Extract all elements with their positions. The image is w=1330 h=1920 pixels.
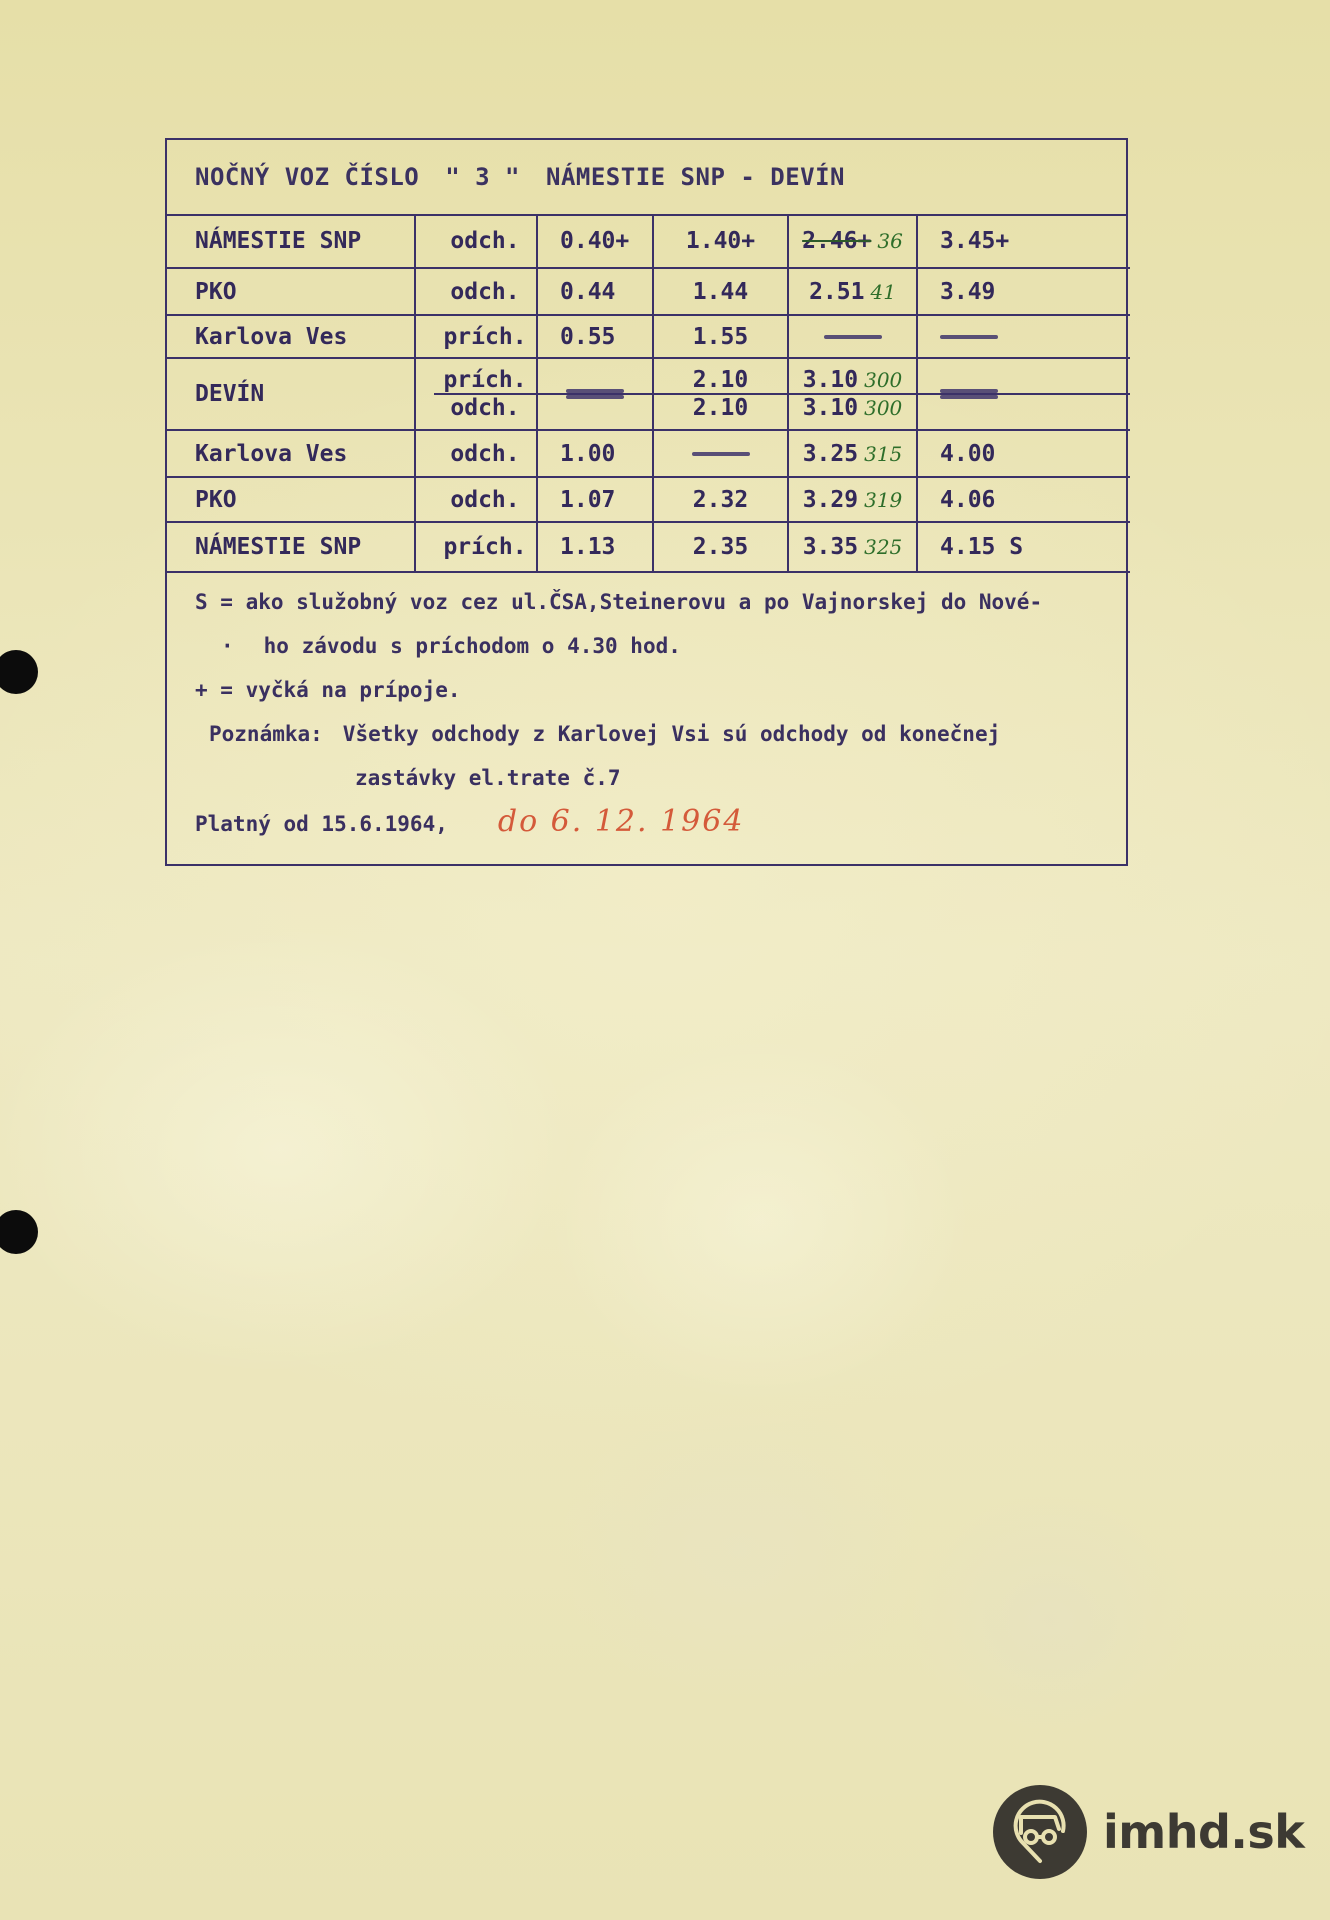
printed-time: 3.10 — [803, 367, 858, 393]
stop-name: NÁMESTIE SNP — [167, 522, 415, 572]
time-cell-corrected: 3.35325 — [788, 522, 917, 572]
time-cell: 1.13 — [537, 522, 653, 572]
stop-kind: odch. — [415, 268, 537, 315]
remark-line1: Všetky odchody z Karlovej Vsi sú odchody… — [343, 722, 1000, 746]
valid-to-handwritten: do 6. 12. 1964 — [498, 804, 745, 839]
notes-section: S = ako služobný voz cez ul.ČSA,Steinero… — [195, 580, 1106, 846]
dash-icon — [940, 389, 998, 393]
time-cell: 3.49 — [917, 268, 1130, 315]
table-row: NÁMESTIE SNP odch. 0.40+ 1.40+ 2.46+36 3… — [167, 215, 1130, 268]
no-service-dash — [788, 315, 917, 358]
time-cell-split — [917, 358, 1130, 430]
handwritten-correction: 300 — [864, 396, 902, 420]
stop-kind: odch. — [415, 430, 537, 477]
dash-icon — [940, 335, 998, 339]
stop-name: PKO — [167, 268, 415, 315]
time-cell-split: 2.10 2.10 — [653, 358, 788, 430]
imhd-brand-text: imhd.sk — [1103, 1805, 1304, 1859]
dash-icon — [824, 335, 882, 339]
bullet: · — [221, 634, 234, 658]
time-cell: 1.44 — [653, 268, 788, 315]
time-cell: 0.44 — [537, 268, 653, 315]
time-cell-corrected: 2.46+36 — [788, 215, 917, 268]
no-service-dash — [918, 395, 1130, 399]
handwritten-correction: 325 — [864, 535, 902, 559]
dash-icon — [692, 452, 750, 456]
title-route: NÁMESTIE SNP - DEVÍN — [546, 163, 845, 191]
note-s-line1: S = ako služobný voz cez ul.ČSA,Steinero… — [195, 580, 1106, 624]
dash-icon — [940, 395, 998, 399]
handwritten-correction: 41 — [870, 280, 895, 304]
time-arrival: 3.10300 — [789, 367, 916, 395]
note-s-line2: ·ho závodu s príchodom o 4.30 hod. — [195, 624, 1106, 668]
time-cell-corrected: 3.29319 — [788, 477, 917, 522]
note-s-line2-text: ho závodu s príchodom o 4.30 hod. — [264, 634, 681, 658]
punch-hole-bottom — [0, 1210, 38, 1254]
no-service-dash — [538, 395, 652, 399]
title-prefix: NOČNÝ VOZ ČÍSLO — [195, 163, 419, 191]
note-plus: + = vyčká na prípoje. — [195, 668, 1106, 712]
struck-time: 2.46+ — [802, 228, 871, 254]
printed-time: 2.51 — [809, 279, 864, 305]
remark-label: Poznámka: — [209, 722, 323, 746]
time-cell: 1.40+ — [653, 215, 788, 268]
table-row-devin: DEVÍN prích. odch. 2.10 2. — [167, 358, 1130, 430]
no-service-dash — [653, 430, 788, 477]
time-departure: 2.10 — [654, 395, 787, 421]
dash-icon — [566, 389, 624, 393]
stop-name: NÁMESTIE SNP — [167, 215, 415, 268]
table-row: PKO odch. 1.07 2.32 3.29319 4.06 — [167, 477, 1130, 522]
handwritten-correction: 36 — [877, 229, 902, 253]
note-remark: Poznámka:Všetky odchody z Karlovej Vsi s… — [195, 712, 1106, 756]
time-cell: 1.00 — [537, 430, 653, 477]
stop-name: Karlova Ves — [167, 315, 415, 358]
time-cell: 3.45+ — [917, 215, 1130, 268]
stop-kind: odch. — [415, 477, 537, 522]
stop-kind: prích. — [415, 522, 537, 572]
stop-kind-split: prích. odch. — [415, 358, 537, 430]
handwritten-correction: 300 — [864, 368, 902, 392]
imhd-watermark: imhd.sk — [993, 1785, 1304, 1879]
stop-name: PKO — [167, 477, 415, 522]
printed-time: 3.10 — [803, 395, 858, 421]
time-cell-corrected: 2.5141 — [788, 268, 917, 315]
table-row: Karlova Ves odch. 1.00 3.25315 4.00 — [167, 430, 1130, 477]
stop-kind: prích. — [415, 315, 537, 358]
table-row: NÁMESTIE SNP prích. 1.13 2.35 3.35325 4.… — [167, 522, 1130, 572]
no-service-dash — [917, 315, 1130, 358]
time-cell-split: 3.10300 3.10300 — [788, 358, 917, 430]
timetable-title: NOČNÝ VOZ ČÍSLO " 3 " NÁMESTIE SNP - DEV… — [167, 140, 1126, 216]
dash-icon — [566, 395, 624, 399]
bus-pin-icon — [993, 1785, 1087, 1879]
stop-name: Karlova Ves — [167, 430, 415, 477]
stop-kind-departure: odch. — [434, 395, 536, 421]
timetable-table: NÁMESTIE SNP odch. 0.40+ 1.40+ 2.46+36 3… — [167, 215, 1130, 573]
time-arrival: 2.10 — [654, 367, 787, 395]
time-cell: 0.40+ — [537, 215, 653, 268]
time-cell-split — [537, 358, 653, 430]
time-cell: 1.55 — [653, 315, 788, 358]
stop-kind-arrival: prích. — [434, 367, 536, 395]
table-row: Karlova Ves prích. 0.55 1.55 — [167, 315, 1130, 358]
table-row: PKO odch. 0.44 1.44 2.5141 3.49 — [167, 268, 1130, 315]
valid-from: Platný od 15.6.1964, — [195, 812, 448, 836]
printed-time: 3.35 — [803, 534, 858, 560]
remark-line2: zastávky el.trate č.7 — [195, 756, 1106, 800]
stop-name: DEVÍN — [167, 358, 415, 430]
time-cell: 4.00 — [917, 430, 1130, 477]
time-cell: 0.55 — [537, 315, 653, 358]
time-cell-corrected: 3.25315 — [788, 430, 917, 477]
time-cell: 2.35 — [653, 522, 788, 572]
time-cell: 4.06 — [917, 477, 1130, 522]
stop-kind: odch. — [415, 215, 537, 268]
timetable-sheet: NOČNÝ VOZ ČÍSLO " 3 " NÁMESTIE SNP - DEV… — [165, 138, 1128, 866]
time-cell: 2.32 — [653, 477, 788, 522]
printed-time: 3.25 — [803, 441, 858, 467]
printed-time: 3.29 — [803, 487, 858, 513]
time-cell: 4.15 S — [917, 522, 1130, 572]
validity: Platný od 15.6.1964,do 6. 12. 1964 — [195, 800, 1106, 846]
time-departure: 3.10300 — [789, 395, 916, 421]
handwritten-correction: 319 — [864, 488, 902, 512]
title-line-number: " 3 " — [445, 163, 520, 191]
handwritten-correction: 315 — [864, 442, 902, 466]
time-cell: 1.07 — [537, 477, 653, 522]
punch-hole-top — [0, 650, 38, 694]
